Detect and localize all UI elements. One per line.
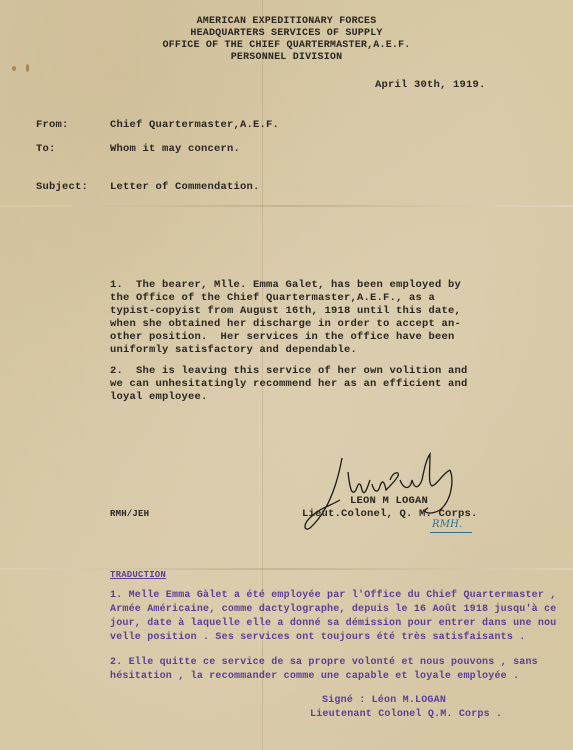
translation-signed-title: Lieutenant Colonel Q.M. Corps . [310, 708, 502, 722]
reference-initials: RMH/JEH [110, 507, 149, 521]
letterhead-line: OFFICE OF THE CHIEF QUARTERMASTER,A.E.F. [0, 40, 573, 52]
body-line: 2. She is leaving this service of her ow… [110, 364, 468, 378]
translation-line: jour, date à laquelle elle a donné sa dé… [110, 617, 556, 631]
body-line: the Office of the Chief Quartermaster,A.… [110, 291, 435, 305]
translation-line: hésitation , la recommander comme une ca… [110, 670, 519, 684]
from-value: Chief Quartermaster,A.E.F. [110, 118, 279, 132]
body-line: when she obtained her discharge in order… [110, 317, 461, 331]
paper-fold [0, 205, 573, 207]
translation-signed: Signé : Léon M.LOGAN [322, 694, 446, 708]
body-line: other position. Her services in the offi… [110, 330, 455, 344]
ink-initials: RMH. [432, 518, 462, 532]
letter-page: AMERICAN EXPEDITIONARY FORCES HEADQUARTE… [0, 0, 573, 750]
from-label: From: [36, 118, 69, 132]
stain [26, 64, 29, 72]
ink-underline [430, 532, 472, 533]
body-line: uniformly satisfactory and dependable. [110, 343, 357, 357]
signatory-name: LEON M LOGAN [350, 494, 428, 508]
translation-heading: TRADUCTION [110, 568, 166, 582]
body-line: loyal employee. [110, 390, 208, 404]
body-line: typist-copyist from August 16th, 1918 un… [110, 304, 461, 318]
subject-label: Subject: [36, 180, 88, 194]
letterhead-line: AMERICAN EXPEDITIONARY FORCES [0, 16, 573, 28]
to-value: Whom it may concern. [110, 142, 240, 156]
body-line: 1. The bearer, Mlle. Emma Galet, has bee… [110, 278, 461, 292]
translation-line: 1. Melle Emma Gàlet a été employée par l… [110, 589, 556, 603]
subject-value: Letter of Commendation. [110, 180, 260, 194]
to-label: To: [36, 142, 56, 156]
translation-line: 2. Elle quitte ce service de sa propre v… [110, 656, 538, 670]
translation-line: velle position . Ses services ont toujou… [110, 631, 525, 645]
letterhead-line: PERSONNEL DIVISION [0, 52, 573, 64]
stain [12, 66, 16, 71]
body-line: we can unhesitatingly recommend her as a… [110, 377, 468, 391]
paper-fold [0, 568, 573, 570]
letter-date: April 30th, 1919. [375, 78, 486, 92]
letterhead-line: HEADQUARTERS SERVICES OF SUPPLY [0, 28, 573, 40]
translation-line: Armée Américaine, comme dactylographe, d… [110, 603, 556, 617]
